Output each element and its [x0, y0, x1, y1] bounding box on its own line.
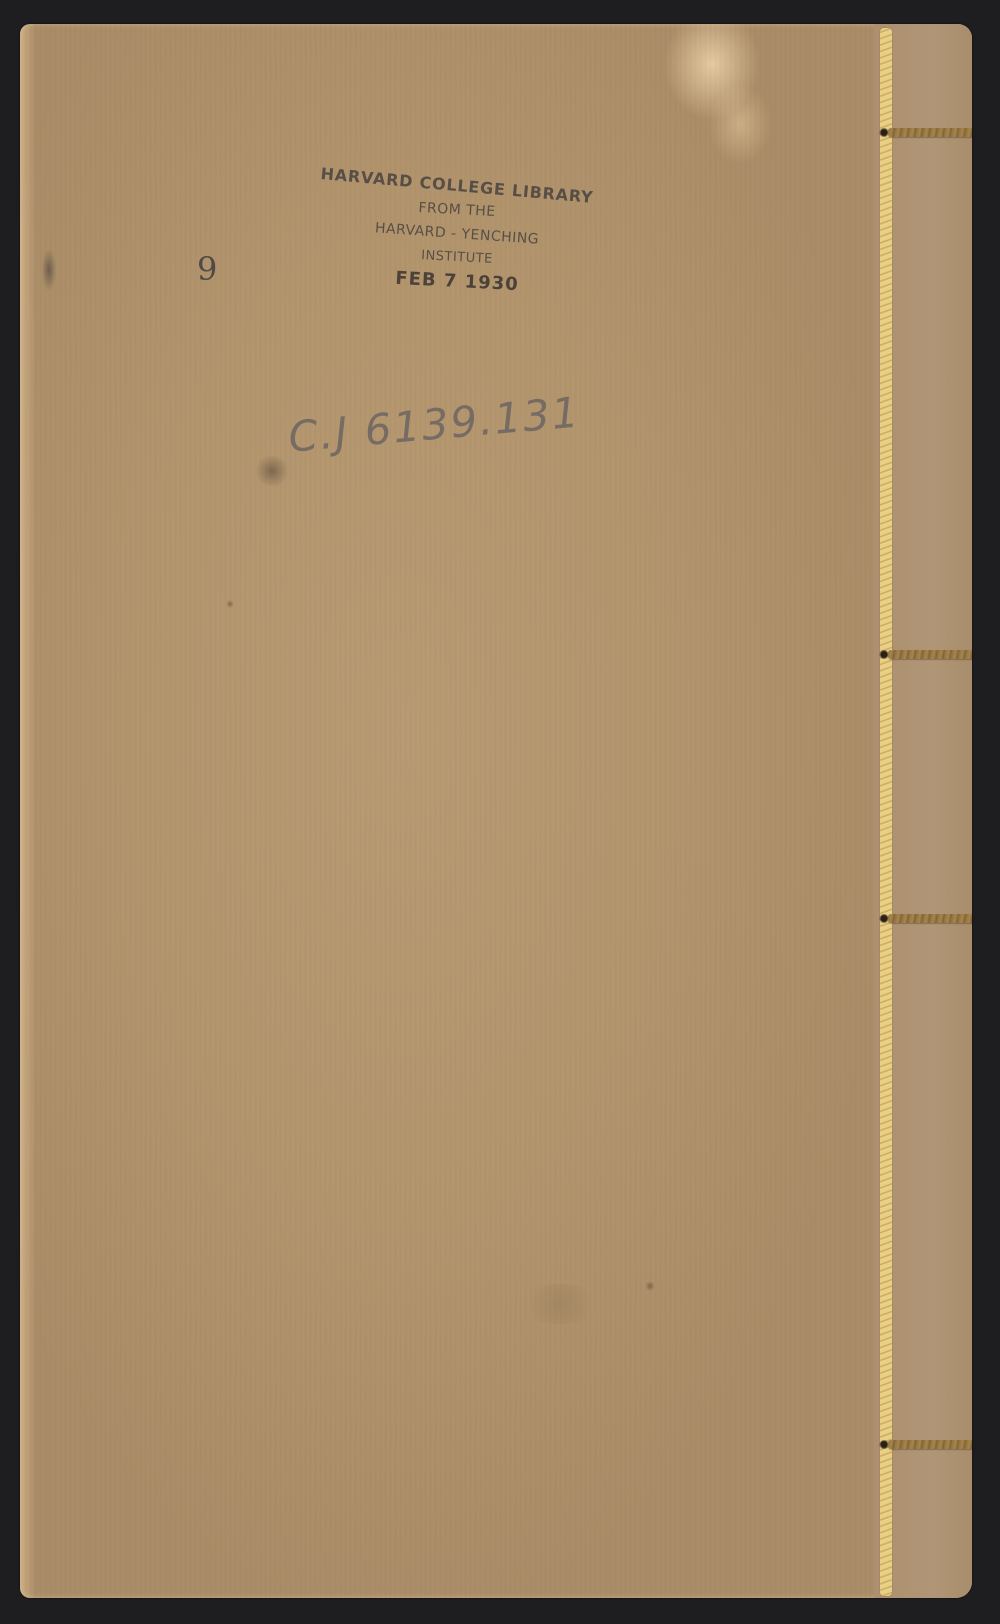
ink-speck	[226, 600, 234, 608]
cover-left-edge	[20, 24, 36, 1598]
volume-number: 9	[197, 250, 217, 288]
binding-stitch	[888, 1440, 972, 1449]
ink-smudge	[254, 456, 290, 486]
binding-stitch	[888, 914, 972, 923]
binding-stitch	[888, 650, 972, 659]
library-stamp: HARVARD COLLEGE LIBRARY FROM THE HARVARD…	[302, 178, 612, 291]
handwritten-call-number: C.J 6139.131	[286, 387, 582, 461]
faint-stain	[520, 1284, 600, 1324]
ink-speck	[646, 1280, 654, 1292]
binding-thread	[880, 28, 892, 1596]
binding-stitch	[888, 128, 972, 137]
book-cover: 9 HARVARD COLLEGE LIBRARY FROM THE HARVA…	[20, 24, 972, 1598]
spine-ink-mark	[42, 250, 56, 290]
stamp-date: FEB 7 1930	[302, 265, 613, 299]
